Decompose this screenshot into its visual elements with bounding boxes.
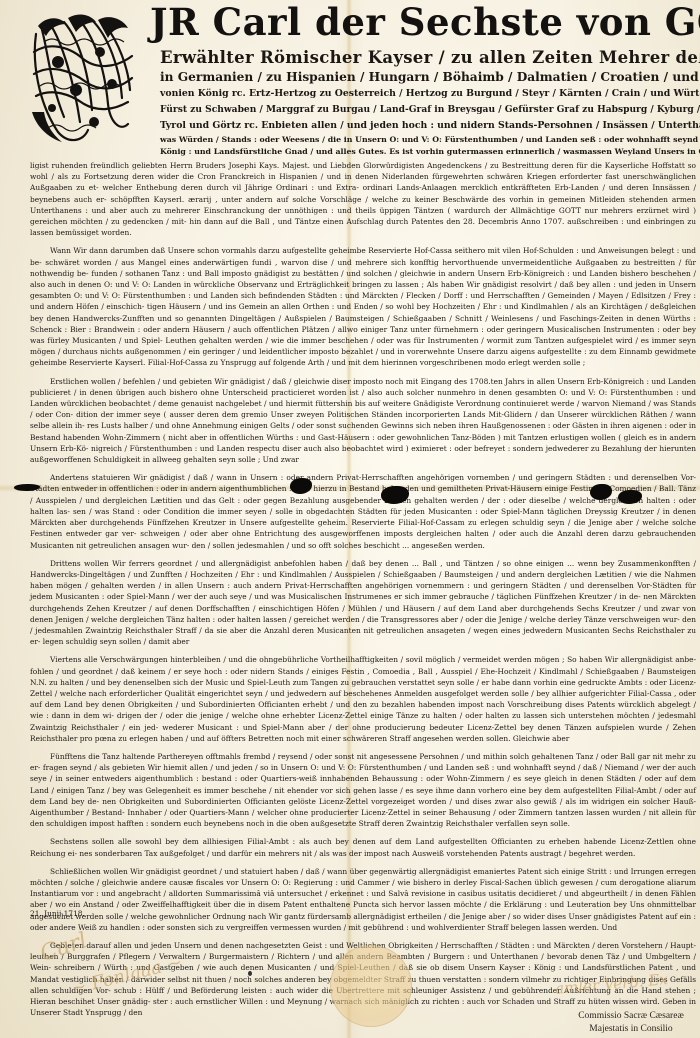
paragraph-whereas: Wann Wir dann darumben daß Unsere schon … [30, 245, 696, 368]
document-title: JR Carl der Sechste von GOttes Gnaden [150, 0, 700, 46]
paper-seal [330, 945, 412, 1027]
referendary-line-1: Commissio Sacræ Cæsareæ [562, 1010, 700, 1023]
paragraph-first: Erstlichen wollen / befehlen / und gebie… [30, 376, 696, 466]
paragraph-fourth: Viertens alle Verschwärgungen hinterblei… [30, 654, 696, 744]
paragraph-fifth: Fünfftens die Tanz haltende Parthereyen … [30, 751, 696, 829]
intitulatio-line-2: in Germanien / zu Hispanien / Hungarn / … [160, 70, 700, 84]
issue-date: 21. Junij 1718. [30, 909, 85, 918]
intitulatio-line-4: Fürst zu Schwaben / Marggraf zu Burgau /… [160, 104, 700, 115]
intitulatio-line-5: Tyrol und Görtz rc. Enbieten allen / und… [160, 120, 700, 131]
referendary-note: Commissio Sacræ Cæsareæ Majestatis in Co… [562, 1010, 700, 1036]
paragraph-sixth: Sechstens sollen alle sowohl bey dem all… [30, 836, 696, 858]
document-body: ligist ruhenden freündlich geliebten Her… [30, 160, 696, 1025]
intitulatio-line-6: was Würden / Stands : oder Weesens / die… [160, 135, 700, 144]
paragraph-preamble: ligist ruhenden freündlich geliebten Her… [30, 160, 696, 238]
referendary-line-2: Majestatis in Consilio [562, 1023, 700, 1036]
decorated-initial-w-icon [28, 12, 136, 147]
intitulatio-line-1: Erwählter Römischer Kayser / zu allen Ze… [160, 48, 700, 67]
paragraph-third: Drittens wollen Wir ferrers geordnet / u… [30, 558, 696, 648]
paragraph-finally: Schließlichen wollen Wir gnädigist geord… [30, 866, 696, 933]
intitulatio-line-3: vonien König rc. Ertz-Hertzog zu Oesterr… [160, 88, 700, 99]
intitulatio-line-7: König : und Landsfürstliche Gnad / und a… [160, 147, 700, 156]
ink-dot [248, 971, 252, 976]
